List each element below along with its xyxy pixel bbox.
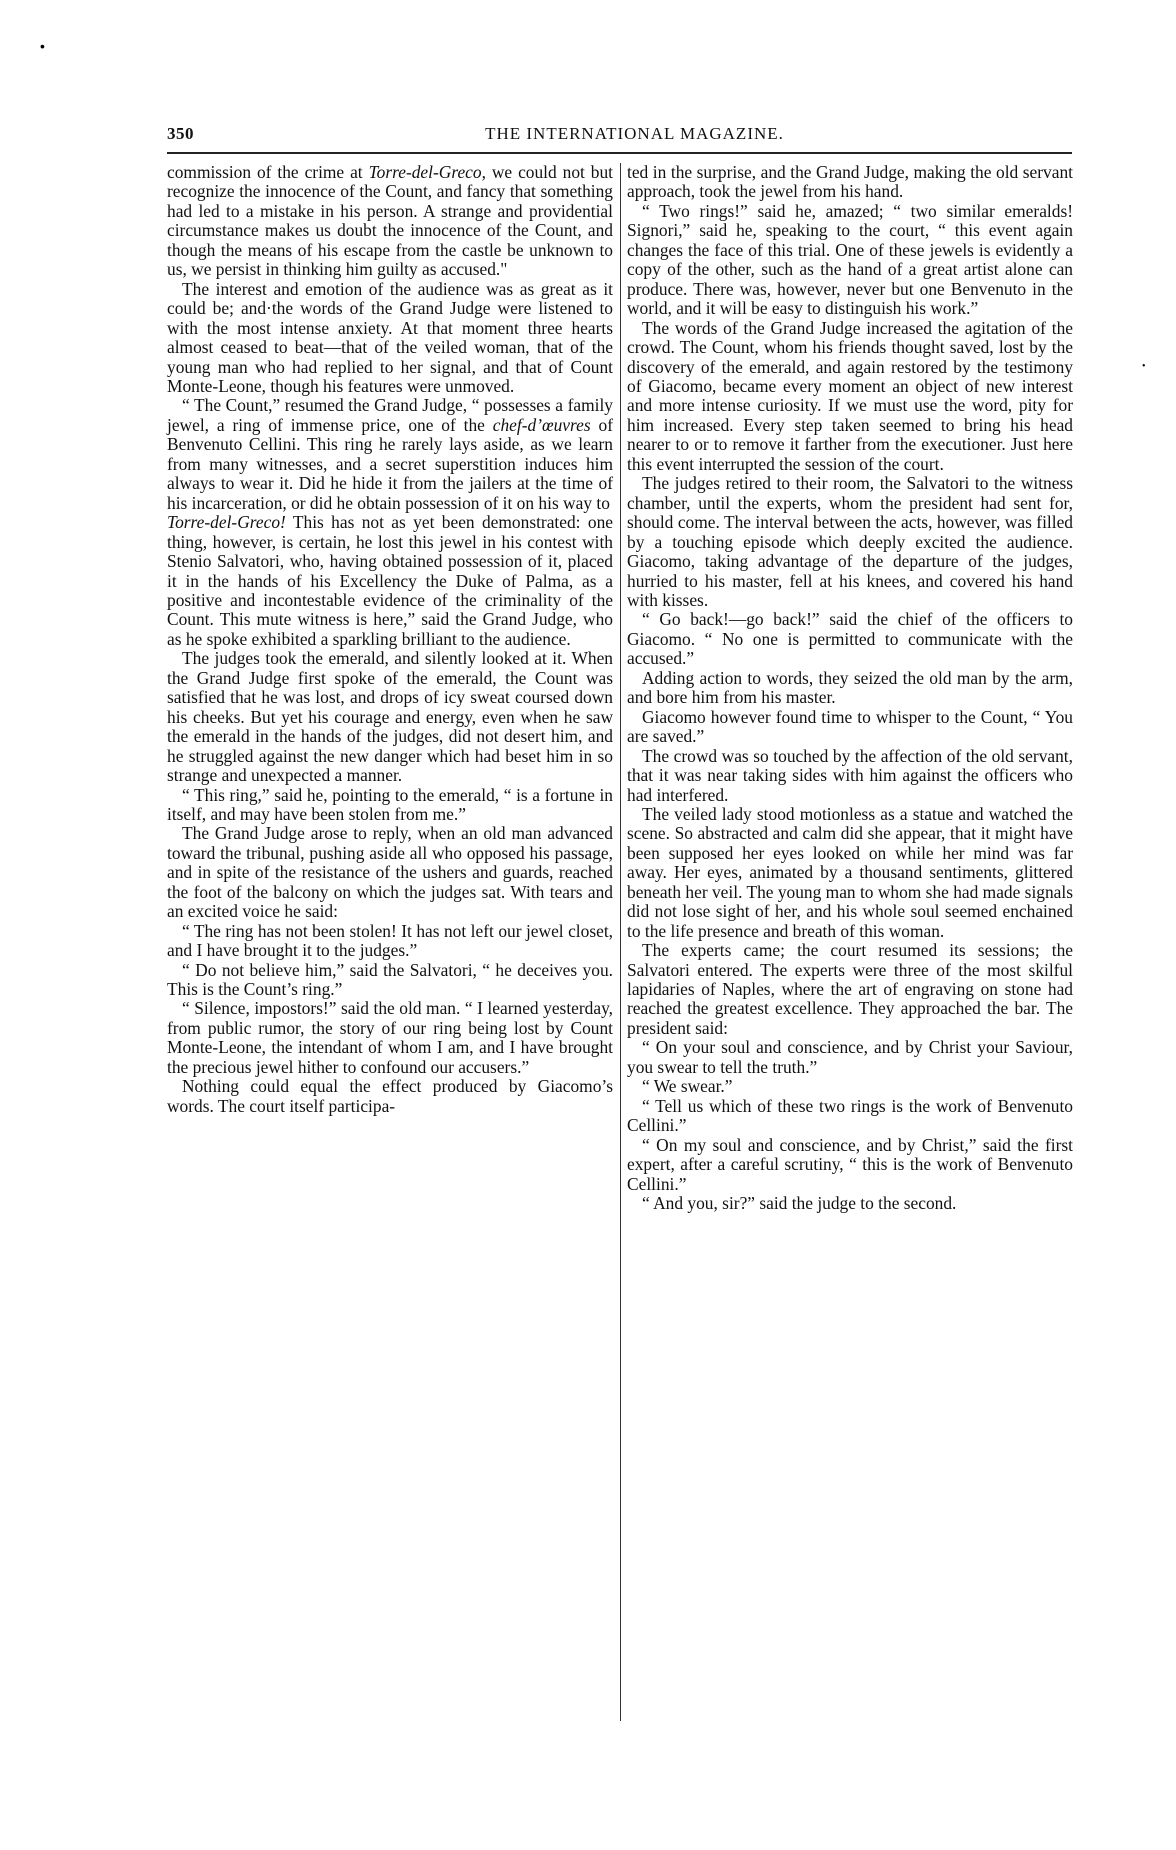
paragraph-text: “ The ring has not been stolen! It has n… [167, 921, 613, 960]
paragraph: “ We swear.” [627, 1077, 1073, 1096]
paragraph-text: “ Tell us which of these two rings is th… [627, 1096, 1073, 1135]
paragraph-text: The judges retired to their room, the Sa… [627, 473, 1073, 610]
paragraph: “ Two rings!” said he, amazed; “ two sim… [627, 202, 1073, 319]
paragraph: The Grand Judge arose to reply, when an … [167, 824, 613, 921]
paragraph: “ The Count,” resumed the Grand Judge, “… [167, 396, 613, 513]
paragraph-text: “ This ring,” said he, pointing to the e… [167, 785, 613, 824]
paragraph: “ On my soul and conscience, and by Chri… [627, 1136, 1073, 1194]
paragraph: “ On your soul and conscience, and by Ch… [627, 1038, 1073, 1077]
paragraph-text: “ Silence, impostors!” said the old man.… [167, 998, 613, 1076]
paragraph: The judges took the emerald, and silentl… [167, 649, 613, 785]
paragraph: The words of the Grand Judge increased t… [627, 319, 1073, 475]
paragraph: “ Tell us which of these two rings is th… [627, 1097, 1073, 1136]
paragraph: “ Go back!—go back!” said the chief of t… [627, 610, 1073, 668]
paragraph-text: The words of the Grand Judge increased t… [627, 318, 1073, 474]
paragraph-text: The experts came; the court resumed its … [627, 940, 1073, 1038]
paragraph: ted in the surprise, and the Grand Judge… [627, 163, 1073, 202]
paragraph: The experts came; the court resumed its … [627, 941, 1073, 1038]
paragraph: The crowd was so touched by the affectio… [627, 747, 1073, 805]
paragraph-text: The judges took the emerald, and silentl… [167, 648, 613, 785]
paragraph: The veiled lady stood motionless as a st… [627, 805, 1073, 941]
paragraph-text: The veiled lady stood motionless as a st… [627, 804, 1073, 941]
paragraph-text: “ On your soul and conscience, and by Ch… [627, 1037, 1073, 1076]
paragraph-text: “ We swear.” [642, 1076, 733, 1096]
italic-phrase: Torre-del-Greco! [167, 512, 286, 532]
paragraph: Giacomo however found time to whisper to… [627, 708, 1073, 747]
paragraph-text: ted in the surprise, and the Grand Judge… [627, 162, 1073, 201]
header-rule [167, 152, 1072, 154]
paragraph: “ The ring has not been stolen! It has n… [167, 922, 613, 961]
paragraph-text: The Grand Judge arose to reply, when an … [167, 823, 613, 921]
paragraph: commission of the crime at Torre-del-Gre… [167, 163, 613, 280]
paragraph-text: The interest and emotion of the audience… [167, 279, 613, 396]
paragraph-text: “ On my soul and conscience, and by Chri… [627, 1135, 1073, 1194]
running-header: 350 THE INTERNATIONAL MAGAZINE. [167, 124, 1072, 150]
paragraph: Torre-del-Greco! This has not as yet bee… [167, 513, 613, 649]
italic-phrase: Torre-del-Greco, [369, 162, 486, 182]
italic-phrase: chef-d’œuvres [493, 415, 591, 435]
column-divider [620, 163, 621, 1721]
article-body: commission of the crime at Torre-del-Gre… [167, 163, 1072, 1723]
paragraph-text: Nothing could equal the effect produced … [167, 1076, 613, 1115]
paragraph: The judges retired to their room, the Sa… [627, 474, 1073, 610]
paragraph-text: “ And you, sir?” said the judge to the s… [642, 1193, 956, 1213]
left-column: commission of the crime at Torre-del-Gre… [167, 163, 613, 1116]
paragraph: Adding action to words, they seized the … [627, 669, 1073, 708]
paragraph-text: “ Two rings!” said he, amazed; “ two sim… [627, 201, 1073, 318]
paragraph: “ And you, sir?” said the judge to the s… [627, 1194, 1073, 1213]
paragraph-text: The crowd was so touched by the affectio… [627, 746, 1073, 805]
paragraph: “ This ring,” said he, pointing to the e… [167, 786, 613, 825]
paragraph-text: Giacomo however found time to whisper to… [627, 707, 1073, 746]
paragraph-text: commission of the crime at [167, 162, 369, 182]
magazine-title: THE INTERNATIONAL MAGAZINE. [167, 124, 1072, 144]
paragraph: Nothing could equal the effect produced … [167, 1077, 613, 1116]
paragraph-text: Adding action to words, they seized the … [627, 668, 1073, 707]
right-column: ted in the surprise, and the Grand Judge… [627, 163, 1073, 1213]
paragraph: “ Silence, impostors!” said the old man.… [167, 999, 613, 1077]
paragraph: The interest and emotion of the audience… [167, 280, 613, 397]
paragraph-text: “ Go back!—go back!” said the chief of t… [627, 609, 1073, 668]
paragraph-text: This has not as yet been demonstrated: o… [167, 512, 613, 649]
scan-speck-mark: • [1142, 362, 1146, 372]
paragraph-text: “ Do not believe him,” said the Salvator… [167, 960, 613, 999]
scan-speck-mark: • [40, 38, 45, 52]
paragraph: “ Do not believe him,” said the Salvator… [167, 961, 613, 1000]
